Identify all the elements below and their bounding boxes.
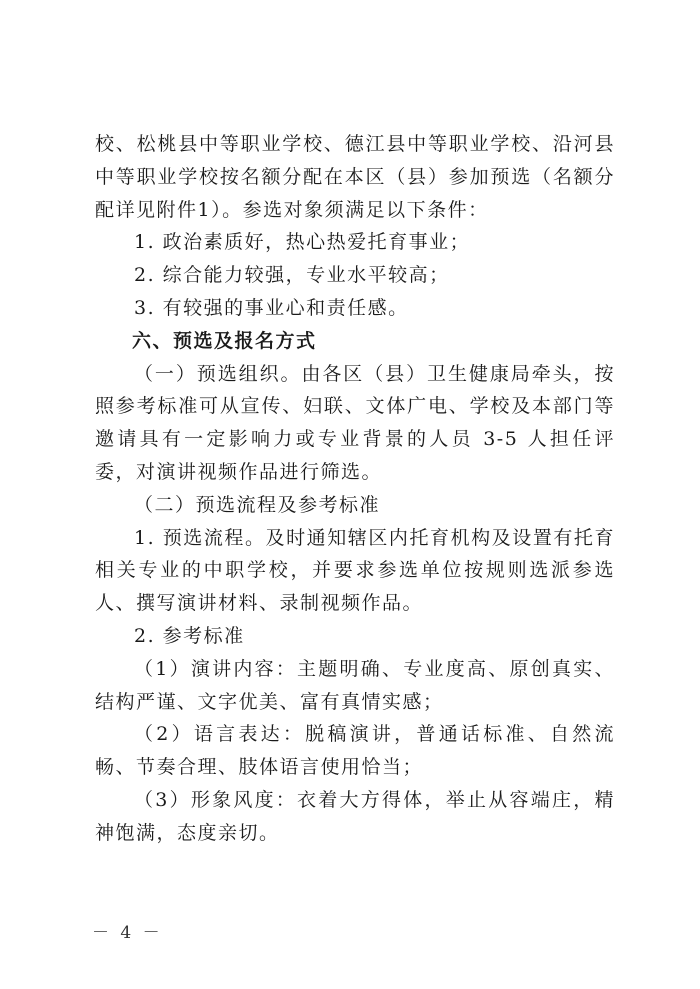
subheading-process-and-criteria: （二）预选流程及参考标准 xyxy=(95,489,615,522)
paragraph-preselection-process: 1. 预选流程。及时通知辖区内托育机构及设置有托育相关专业的中职学校，并要求参选… xyxy=(95,522,615,620)
subheading-reference-criteria: 2. 参考标准 xyxy=(95,620,615,653)
document-body: 校、松桃县中等职业学校、德江县中等职业学校、沿河县中等职业学校按名额分配在本区（… xyxy=(95,128,615,850)
condition-item-1: 1. 政治素质好，热心热爱托育事业； xyxy=(95,226,615,259)
criteria-image-demeanor: （3）形象风度：衣着大方得体，举止从容端庄，精神饱满，态度亲切。 xyxy=(95,784,615,850)
criteria-language-expression: （2）语言表达：脱稿演讲，普通话标准、自然流畅、节奏合理、肢体语言使用恰当； xyxy=(95,718,615,784)
paragraph-preselection-organization: （一）预选组织。由各区（县）卫生健康局牵头，按照参考标准可从宣传、妇联、文体广电… xyxy=(95,358,615,489)
condition-item-2: 2. 综合能力较强，专业水平较高； xyxy=(95,259,615,292)
page-number: － 4 － xyxy=(92,918,163,943)
document-page: 校、松桃县中等职业学校、德江县中等职业学校、沿河县中等职业学校按名额分配在本区（… xyxy=(0,0,700,989)
paragraph-eligibility-intro: 校、松桃县中等职业学校、德江县中等职业学校、沿河县中等职业学校按名额分配在本区（… xyxy=(95,128,615,226)
condition-item-3: 3. 有较强的事业心和责任感。 xyxy=(95,292,615,325)
section-heading-6: 六、预选及报名方式 xyxy=(95,325,615,358)
criteria-speech-content: （1）演讲内容：主题明确、专业度高、原创真实、结构严谨、文字优美、富有真情实感； xyxy=(95,653,615,719)
